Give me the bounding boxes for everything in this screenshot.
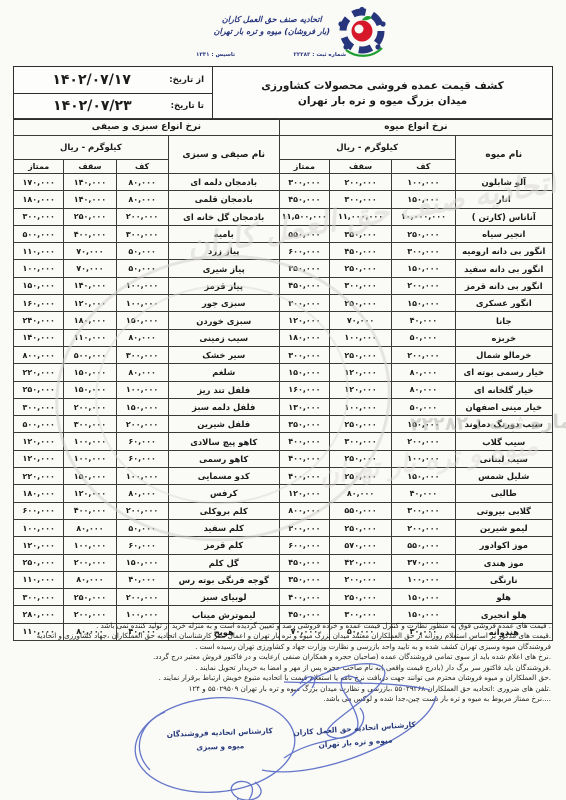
fruit-ceiling-header: سقف	[329, 160, 391, 174]
veg-floor-cell: ۱۵۰,۰۰۰	[116, 312, 168, 329]
fruit-floor-cell: ۲۰۰,۰۰۰	[392, 433, 455, 450]
registration-line: شماره ثبت : ۲۲۲۸۲ تاسیس : ۱۳۳۱	[196, 52, 346, 58]
note-line: . قیمت های عمده فروشی فوق به منظور نظارت…	[15, 621, 551, 631]
veg-ceiling-cell: ۴۰۰,۰۰۰	[64, 225, 116, 242]
veg-floor-cell: ۳۰۰,۰۰۰	[116, 225, 168, 242]
veg-premium-cell: ۱۸۰,۰۰۰	[14, 191, 64, 208]
veg-premium-cell: ۲۲۰,۰۰۰	[14, 364, 64, 381]
fruit-ceiling-cell: ۲۵۰,۰۰۰	[329, 295, 391, 312]
fruit-premium-cell: ۳۰۰,۰۰۰	[279, 174, 329, 191]
table-row: انگور عسکری۱۵۰,۰۰۰۲۵۰,۰۰۰۳۰۰,۰۰۰سبزی جور…	[14, 295, 553, 312]
fruit-name-cell: انگور بی دانه قرمز	[455, 277, 552, 294]
veg-floor-cell: ۲۰۰,۰۰۰	[116, 502, 168, 519]
table-row: نارنگی۱۰۰,۰۰۰۲۰۰,۰۰۰۳۵۰,۰۰۰گوجه فرنگی بو…	[14, 571, 553, 588]
fruit-ceiling-cell: ۸۰,۰۰۰	[329, 485, 391, 502]
fruit-premium-cell: ۱۸۰,۰۰۰	[279, 329, 329, 346]
date-range-box: از تاریخ: ۱۴۰۲/۰۷/۱۷ تا تاریخ: ۱۴۰۲/۰۷/۲…	[14, 67, 212, 119]
veg-floor-cell: ۱۰۰,۰۰۰	[116, 295, 168, 312]
veg-premium-cell: ۵۰۰,۰۰۰	[14, 225, 64, 242]
fruit-floor-cell: ۱۵۰,۰۰۰	[392, 468, 455, 485]
note-line: .حق العملکاران و میوه فروشان محترم می تو…	[15, 673, 551, 683]
fruit-floor-cell: ۲۵۰,۰۰۰	[392, 225, 455, 242]
fruit-floor-cell: ۲۰۰,۰۰۰	[392, 346, 455, 363]
veg-ceiling-cell: ۱۵۰,۰۰۰	[64, 364, 116, 381]
veg-name-cell: فلفل تند ریز	[168, 381, 279, 398]
veg-ceiling-cell: ۷۰,۰۰۰	[64, 260, 116, 277]
veg-floor-cell: ۱۰۰,۰۰۰	[116, 468, 168, 485]
document-title: کشف قیمت عمده فروشی محصولات کشاورزی میدا…	[212, 67, 552, 119]
fruit-ceiling-cell: ۱۲۰,۰۰۰	[329, 381, 391, 398]
fruit-name-cell: نارنگی	[455, 571, 552, 588]
note-line: ....نرخ ممتاز مربوط به میوه و تره بار دس…	[15, 694, 551, 704]
fruit-ceiling-cell: ۱۱,۰۰۰,۰۰۰	[329, 208, 391, 225]
veg-premium-cell: ۳۰۰,۰۰۰	[14, 208, 64, 225]
veg-name-cell: بامیه	[168, 225, 279, 242]
fruit-name-header: نام میوه	[455, 136, 552, 174]
note-line: .تلفن های ضروری :اتحادیه حق العملکاران ۵…	[15, 684, 551, 694]
fruit-floor-cell: ۲۰۰,۰۰۰	[392, 519, 455, 536]
veg-name-cell: شلغم	[168, 364, 279, 381]
fruit-name-cell: خیار رسمی بوته ای	[455, 364, 552, 381]
veg-ceiling-cell: ۱۴۰,۰۰۰	[64, 174, 116, 191]
fruit-floor-cell: ۵۵۰,۰۰۰	[392, 537, 455, 554]
fruit-floor-cell: ۱۵۰,۰۰۰	[392, 191, 455, 208]
veg-ceiling-header: سقف	[64, 160, 116, 174]
veg-name-cell: بادمجان قلمی	[168, 191, 279, 208]
from-date-label: از تاریخ:	[169, 75, 204, 85]
right-signature-label: کارشناس اتحادیه حق العمل کاران میوه و تر…	[289, 718, 421, 755]
table-row: خیار گلخانه ای۸۰,۰۰۰۱۲۰,۰۰۰۱۶۰,۰۰۰فلفل ت…	[14, 381, 553, 398]
table-row: آناناس (کارتن )۱۰,۰۰۰,۰۰۰۱۱,۰۰۰,۰۰۰۱۱,۵۰…	[14, 208, 553, 225]
fruit-premium-cell: ۳۵۰,۰۰۰	[279, 416, 329, 433]
veg-floor-cell: ۴۰,۰۰۰	[116, 571, 168, 588]
veg-name-cell: بادمجان دلمه ای	[168, 174, 279, 191]
fruit-ceiling-cell: ۱۰۰,۰۰۰	[329, 329, 391, 346]
veg-ceiling-cell: ۲۵۰,۰۰۰	[64, 208, 116, 225]
veg-floor-cell: ۳۰۰,۰۰۰	[116, 346, 168, 363]
veg-premium-cell: ۵۰۰,۰۰۰	[14, 416, 64, 433]
veg-name-cell: کرفس	[168, 485, 279, 502]
veg-name-cell: کلم قرمز	[168, 537, 279, 554]
table-row: انار۱۵۰,۰۰۰۳۰۰,۰۰۰۴۵۰,۰۰۰بادمجان قلمی۸۰,…	[14, 191, 553, 208]
fruit-section-title: نرخ انواع میوه	[279, 119, 552, 136]
fruit-floor-cell: ۴۰,۰۰۰	[392, 312, 455, 329]
fruit-premium-cell: ۴۰۰,۰۰۰	[279, 589, 329, 606]
table-row: جانا۴۰,۰۰۰۷۰,۰۰۰۱۲۰,۰۰۰سبزی خوردن۱۵۰,۰۰۰…	[14, 312, 553, 329]
veg-premium-cell: ۱۲۰,۰۰۰	[14, 537, 64, 554]
veg-name-cell: فلفل شیرین	[168, 416, 279, 433]
table-row: خیار مینی اصفهان۵۰,۰۰۰۱۰۰,۰۰۰۱۳۰,۰۰۰فلفل…	[14, 398, 553, 415]
fruit-name-cell: گلابی بیروتی	[455, 502, 552, 519]
fruit-ceiling-cell: ۲۵۰,۰۰۰	[329, 589, 391, 606]
veg-name-cell: سیب زمینی	[168, 329, 279, 346]
veg-name-cell: کلم بروکلی	[168, 502, 279, 519]
table-row: موز هندی۳۷۰,۰۰۰۴۲۰,۰۰۰۴۵۰,۰۰۰گل کلم۱۵۰,۰…	[14, 554, 553, 571]
left-signature-label: کارشناس اتحادیه فروشندگان میوه و سبزی	[160, 724, 281, 756]
veg-floor-cell: ۱۵۰,۰۰۰	[116, 398, 168, 415]
fruit-floor-cell: ۴۰,۰۰۰	[392, 485, 455, 502]
fruit-name-cell: طالبی	[455, 485, 552, 502]
veg-ceiling-cell: ۲۰۰,۰۰۰	[64, 398, 116, 415]
veg-floor-cell: ۸۰,۰۰۰	[116, 174, 168, 191]
veg-ceiling-cell: ۱۵۰,۰۰۰	[64, 468, 116, 485]
veg-floor-cell: ۶۰,۰۰۰	[116, 450, 168, 467]
veg-floor-cell: ۵۰,۰۰۰	[116, 519, 168, 536]
union-name-calligraphy: اتحادیه صنف حق العمل کاران (بار فروشان) …	[214, 6, 330, 38]
fruit-unit-header: کیلوگرم - ریال	[279, 136, 455, 160]
fruit-name-cell: شلیل شمس	[455, 468, 552, 485]
veg-floor-cell: ۲۰۰,۰۰۰	[116, 416, 168, 433]
veg-premium-cell: ۱۶۰,۰۰۰	[14, 295, 64, 312]
table-row: لیمو شیرین۲۰۰,۰۰۰۲۵۰,۰۰۰۳۰۰,۰۰۰کلم سفید۵…	[14, 519, 553, 536]
fruit-name-cell: خیار گلخانه ای	[455, 381, 552, 398]
veg-premium-cell: ۲۵۰,۰۰۰	[14, 554, 64, 571]
veg-section-title: نرخ انواع سبزی و صیفی	[14, 119, 280, 136]
fruit-premium-cell: ۱۱,۵۰۰,۰۰۰	[279, 208, 329, 225]
veg-ceiling-cell: ۱۲۰,۰۰۰	[64, 295, 116, 312]
fruit-ceiling-cell: ۳۰۰,۰۰۰	[329, 433, 391, 450]
price-table-body: آلو شابلون۱۰۰,۰۰۰۲۰۰,۰۰۰۳۰۰,۰۰۰بادمجان د…	[14, 174, 553, 641]
fruit-premium-cell: ۴۵۰,۰۰۰	[279, 191, 329, 208]
fruit-floor-cell: ۱۵۰,۰۰۰	[392, 260, 455, 277]
veg-premium-cell: ۲۵۰,۰۰۰	[14, 381, 64, 398]
veg-name-cell: فلفل دلمه سبز	[168, 398, 279, 415]
table-row: انگور بی دانه قرمز۲۰۰,۰۰۰۳۰۰,۰۰۰۴۵۰,۰۰۰پ…	[14, 277, 553, 294]
fruit-floor-cell: ۳۰۰,۰۰۰	[392, 243, 455, 260]
veg-name-cell: پیاز زرد	[168, 243, 279, 260]
veg-floor-cell: ۶۰,۰۰۰	[116, 537, 168, 554]
to-date-value: ۱۴۰۲/۰۷/۲۳	[22, 98, 163, 114]
veg-premium-cell: ۲۲۰,۰۰۰	[14, 468, 64, 485]
veg-premium-cell: ۳۰۰,۰۰۰	[14, 589, 64, 606]
veg-name-cell: پیاز قرمز	[168, 277, 279, 294]
veg-premium-cell: ۶۰۰,۰۰۰	[14, 502, 64, 519]
veg-premium-cell: ۱۸۰,۰۰۰	[14, 485, 64, 502]
veg-ceiling-cell: ۱۸۰,۰۰۰	[64, 312, 116, 329]
note-line: .فروشندگان باید فاکتور سر برگ دار (بادرج…	[15, 663, 551, 673]
table-row: هلو۱۵۰,۰۰۰۲۵۰,۰۰۰۴۰۰,۰۰۰لوبیای سبز۲۰۰,۰۰…	[14, 589, 553, 606]
document-header: کشف قیمت عمده فروشی محصولات کشاورزی میدا…	[13, 66, 553, 120]
fruit-ceiling-cell: ۳۰۰,۰۰۰	[329, 191, 391, 208]
fruit-ceiling-cell: ۳۵۰,۰۰۰	[329, 225, 391, 242]
fruit-floor-cell: ۸۰,۰۰۰	[392, 364, 455, 381]
fruit-name-cell: آناناس (کارتن )	[455, 208, 552, 225]
veg-ceiling-cell: ۵۰۰,۰۰۰	[64, 346, 116, 363]
table-row: انگور بی دانه سفید۱۵۰,۰۰۰۲۵۰,۰۰۰۳۵۰,۰۰۰پ…	[14, 260, 553, 277]
fruit-name-cell: جانا	[455, 312, 552, 329]
veg-premium-cell: ۱۷۰,۰۰۰	[14, 174, 64, 191]
fruit-name-cell: خرمالو شمال	[455, 346, 552, 363]
fruit-floor-cell: ۱۰۰,۰۰۰	[392, 571, 455, 588]
veg-name-cell: کاهو رسمی	[168, 450, 279, 467]
table-row: موز اکوادور۵۵۰,۰۰۰۵۷۰,۰۰۰۶۰۰,۰۰۰کلم قرمز…	[14, 537, 553, 554]
veg-ceiling-cell: ۸۰,۰۰۰	[64, 519, 116, 536]
veg-name-cell: پیاز شیری	[168, 260, 279, 277]
fruit-ceiling-cell: ۲۵۰,۰۰۰	[329, 346, 391, 363]
fruit-name-cell: آلو شابلون	[455, 174, 552, 191]
note-line: .نرخ های اعلام شده باید از سوی تمامی فرو…	[15, 652, 551, 662]
fruit-name-cell: انگور بی دانه ارومیه	[455, 243, 552, 260]
fruit-name-cell: سیب لبنانی	[455, 450, 552, 467]
fruit-ceiling-cell: ۲۰۰,۰۰۰	[329, 174, 391, 191]
fruit-floor-cell: ۸۰,۰۰۰	[392, 381, 455, 398]
fruit-ceiling-cell: ۷۰,۰۰۰	[329, 312, 391, 329]
table-row: گلابی بیروتی۳۰۰,۰۰۰۵۵۰,۰۰۰۸۰۰,۰۰۰کلم برو…	[14, 502, 553, 519]
veg-floor-cell: ۱۰۰,۰۰۰	[116, 277, 168, 294]
fruit-floor-cell: ۱۰,۰۰۰,۰۰۰	[392, 208, 455, 225]
veg-name-cell: کدو مسمایی	[168, 468, 279, 485]
table-row: آلو شابلون۱۰۰,۰۰۰۲۰۰,۰۰۰۳۰۰,۰۰۰بادمجان د…	[14, 174, 553, 191]
veg-ceiling-cell: ۱۰۰,۰۰۰	[64, 537, 116, 554]
veg-name-cell: سبزی خوردن	[168, 312, 279, 329]
registration-number: شماره ثبت : ۲۲۲۸۲	[294, 52, 346, 58]
veg-name-cell: گل کلم	[168, 554, 279, 571]
fruit-premium-cell: ۴۰۰,۰۰۰	[279, 433, 329, 450]
veg-premium-cell: ۱۰۰,۰۰۰	[14, 260, 64, 277]
fruit-ceiling-cell: ۲۵۰,۰۰۰	[329, 416, 391, 433]
fruit-ceiling-cell: ۲۵۰,۰۰۰	[329, 260, 391, 277]
fruit-ceiling-cell: ۲۵۰,۰۰۰	[329, 450, 391, 467]
veg-premium-cell: ۱۵۰,۰۰۰	[14, 277, 64, 294]
fruit-name-cell: انار	[455, 191, 552, 208]
fruit-premium-header: ممتاز	[279, 160, 329, 174]
veg-ceiling-cell: ۲۵۰,۰۰۰	[64, 589, 116, 606]
veg-premium-cell: ۱۱۰,۰۰۰	[14, 571, 64, 588]
fruit-ceiling-cell: ۳۰۰,۰۰۰	[329, 277, 391, 294]
veg-ceiling-cell: ۴۰۰,۰۰۰	[64, 502, 116, 519]
veg-ceiling-cell: ۲۰۰,۰۰۰	[64, 554, 116, 571]
veg-floor-header: کف	[116, 160, 168, 174]
fruit-premium-cell: ۳۵۰,۰۰۰	[279, 260, 329, 277]
to-date-label: تا تاریخ:	[171, 101, 204, 111]
fruit-premium-cell: ۳۰۰,۰۰۰	[279, 295, 329, 312]
table-row: طالبی۴۰,۰۰۰۸۰,۰۰۰۱۲۰,۰۰۰کرفس۸۰,۰۰۰۱۲۰,۰۰…	[14, 485, 553, 502]
document-page: اتحادیه صنف حق العمل کاران میوه و تره با…	[0, 0, 566, 800]
fruit-premium-cell: ۱۳۰,۰۰۰	[279, 398, 329, 415]
fruit-floor-header: کف	[392, 160, 455, 174]
veg-premium-cell: ۱۲۰,۰۰۰	[14, 450, 64, 467]
veg-ceiling-cell: ۸۰,۰۰۰	[64, 571, 116, 588]
fruit-floor-cell: ۵۰,۰۰۰	[392, 329, 455, 346]
veg-floor-cell: ۵۰,۰۰۰	[116, 260, 168, 277]
footnotes: . قیمت های عمده فروشی فوق به منظور نظارت…	[15, 621, 551, 705]
fruit-name-cell: سیب گلاب	[455, 433, 552, 450]
veg-ceiling-cell: ۱۴۰,۰۰۰	[64, 277, 116, 294]
fruit-floor-cell: ۱۰۰,۰۰۰	[392, 450, 455, 467]
veg-premium-cell: ۱۱۰,۰۰۰	[14, 243, 64, 260]
veg-premium-cell: ۱۰۰,۰۰۰	[14, 519, 64, 536]
fruit-premium-cell: ۴۰۰,۰۰۰	[279, 450, 329, 467]
veg-floor-cell: ۸۰,۰۰۰	[116, 329, 168, 346]
veg-name-cell: لوبیای سبز	[168, 589, 279, 606]
table-row: انجیر سیاه۲۵۰,۰۰۰۳۵۰,۰۰۰۵۵۰,۰۰۰بامیه۳۰۰,…	[14, 225, 553, 242]
fruit-floor-cell: ۱۰۰,۰۰۰	[392, 174, 455, 191]
table-row: خیار رسمی بوته ای۸۰,۰۰۰۱۲۰,۰۰۰۱۵۰,۰۰۰شلغ…	[14, 364, 553, 381]
fruit-premium-cell: ۶۰۰,۰۰۰	[279, 537, 329, 554]
union-name-line2: (بار فروشان) میوه و تره بار تهران	[214, 26, 330, 38]
veg-name-cell: کلم سفید	[168, 519, 279, 536]
veg-premium-cell: ۳۰۰,۰۰۰	[14, 398, 64, 415]
veg-floor-cell: ۵۰,۰۰۰	[116, 243, 168, 260]
veg-floor-cell: ۱۵۰,۰۰۰	[116, 554, 168, 571]
veg-name-cell: سبزی جور	[168, 295, 279, 312]
fruit-name-cell: انگور بی دانه سفید	[455, 260, 552, 277]
veg-ceiling-cell: ۱۵۰,۰۰۰	[64, 381, 116, 398]
table-row: خرمالو شمال۲۰۰,۰۰۰۲۵۰,۰۰۰۳۰۰,۰۰۰سیر خشک۳…	[14, 346, 553, 363]
veg-premium-header: ممتاز	[14, 160, 64, 174]
table-row: انگور بی دانه ارومیه۳۰۰,۰۰۰۴۵۰,۰۰۰۶۰۰,۰۰…	[14, 243, 553, 260]
fruit-premium-cell: ۴۰۰,۰۰۰	[279, 468, 329, 485]
veg-ceiling-cell: ۱۰۰,۰۰۰	[64, 433, 116, 450]
veg-premium-cell: ۱۲۰,۰۰۰	[14, 433, 64, 450]
fruit-premium-cell: ۱۲۰,۰۰۰	[279, 485, 329, 502]
veg-floor-cell: ۲۰۰,۰۰۰	[116, 208, 168, 225]
fruit-premium-cell: ۸۰۰,۰۰۰	[279, 502, 329, 519]
fruit-ceiling-cell: ۲۵۰,۰۰۰	[329, 519, 391, 536]
table-row: سیب لبنانی۱۰۰,۰۰۰۲۵۰,۰۰۰۴۰۰,۰۰۰کاهو رسمی…	[14, 450, 553, 467]
veg-ceiling-cell: ۱۰۰,۰۰۰	[64, 450, 116, 467]
to-date-row: تا تاریخ: ۱۴۰۲/۰۷/۲۳	[14, 93, 212, 120]
fruit-ceiling-cell: ۴۲۰,۰۰۰	[329, 554, 391, 571]
fruit-ceiling-cell: ۵۷۰,۰۰۰	[329, 537, 391, 554]
veg-floor-cell: ۸۰,۰۰۰	[116, 485, 168, 502]
veg-name-cell: کاهو پیچ سالادی	[168, 433, 279, 450]
veg-ceiling-cell: ۳۰۰,۰۰۰	[64, 416, 116, 433]
veg-name-cell: سیر خشک	[168, 346, 279, 363]
fruit-premium-cell: ۱۵۰,۰۰۰	[279, 364, 329, 381]
fruit-floor-cell: ۱۵۰,۰۰۰	[392, 295, 455, 312]
veg-floor-cell: ۸۰,۰۰۰	[116, 364, 168, 381]
fruit-ceiling-cell: ۱۲۰,۰۰۰	[329, 364, 391, 381]
fruit-name-cell: انجیر سیاه	[455, 225, 552, 242]
fruit-floor-cell: ۱۵۰,۰۰۰	[392, 416, 455, 433]
fruit-name-cell: خربزه	[455, 329, 552, 346]
fruit-premium-cell: ۶۰۰,۰۰۰	[279, 243, 329, 260]
fruit-premium-cell: ۳۰۰,۰۰۰	[279, 519, 329, 536]
fruit-floor-cell: ۳۰۰,۰۰۰	[392, 502, 455, 519]
veg-name-cell: بادمجان گل خانه ای	[168, 208, 279, 225]
veg-unit-header: کیلوگرم - ریال	[14, 136, 169, 160]
veg-name-header: نام صیفی و سبزی	[168, 136, 279, 174]
fruit-premium-cell: ۴۵۰,۰۰۰	[279, 277, 329, 294]
fruit-ceiling-cell: ۵۵۰,۰۰۰	[329, 502, 391, 519]
fruit-name-cell: موز اکوادور	[455, 537, 552, 554]
table-row: سیب گلاب۲۰۰,۰۰۰۳۰۰,۰۰۰۴۰۰,۰۰۰کاهو پیچ سا…	[14, 433, 553, 450]
title-line1: کشف قیمت عمده فروشی محصولات کشاورزی	[261, 80, 504, 92]
from-date-value: ۱۴۰۲/۰۷/۱۷	[22, 72, 161, 88]
title-line2: میدان بزرگ میوه و تره بار تهران	[298, 95, 467, 107]
veg-floor-cell: ۱۰۰,۰۰۰	[116, 381, 168, 398]
section-header-row: نرخ انواع میوه نرخ انواع سبزی و صیفی	[14, 119, 553, 136]
veg-premium-cell: ۲۴۰,۰۰۰	[14, 312, 64, 329]
table-row: سیب دورنگ دماوند۱۵۰,۰۰۰۲۵۰,۰۰۰۳۵۰,۰۰۰فلف…	[14, 416, 553, 433]
veg-premium-cell: ۱۴۰,۰۰۰	[14, 329, 64, 346]
table-row: شلیل شمس۱۵۰,۰۰۰۲۵۰,۰۰۰۴۰۰,۰۰۰کدو مسمایی۱…	[14, 468, 553, 485]
fruit-floor-cell: ۱۵۰,۰۰۰	[392, 589, 455, 606]
fruit-ceiling-cell: ۴۵۰,۰۰۰	[329, 243, 391, 260]
union-name-line1: اتحادیه صنف حق العمل کاران	[214, 14, 330, 26]
fruit-name-cell: سیب دورنگ دماوند	[455, 416, 552, 433]
fruit-floor-cell: ۲۰۰,۰۰۰	[392, 277, 455, 294]
fruit-premium-cell: ۴۵۰,۰۰۰	[279, 554, 329, 571]
veg-name-cell: گوجه فرنگی بوته رس	[168, 571, 279, 588]
unit-header-row: نام میوه کیلوگرم - ریال نام صیفی و سبزی …	[14, 136, 553, 160]
fruit-premium-cell: ۳۰۰,۰۰۰	[279, 346, 329, 363]
fruit-ceiling-cell: ۲۵۰,۰۰۰	[329, 468, 391, 485]
fruit-premium-cell: ۱۶۰,۰۰۰	[279, 381, 329, 398]
fruit-floor-cell: ۵۰,۰۰۰	[392, 398, 455, 415]
veg-ceiling-cell: ۷۰,۰۰۰	[64, 243, 116, 260]
price-table: نرخ انواع میوه نرخ انواع سبزی و صیفی نام…	[13, 118, 553, 641]
fruit-name-cell: انگور عسکری	[455, 295, 552, 312]
veg-floor-cell: ۶۰,۰۰۰	[116, 433, 168, 450]
veg-premium-cell: ۸۰۰,۰۰۰	[14, 346, 64, 363]
fruit-name-cell: خیار مینی اصفهان	[455, 398, 552, 415]
note-line: .قیمت های مذکور بر اساس استعلام روزانه ا…	[15, 631, 551, 652]
veg-floor-cell: ۲۰۰,۰۰۰	[116, 589, 168, 606]
fruit-premium-cell: ۵۵۰,۰۰۰	[279, 225, 329, 242]
veg-floor-cell: ۸۰,۰۰۰	[116, 191, 168, 208]
fruit-name-cell: هلو	[455, 589, 552, 606]
veg-ceiling-cell: ۱۲۰,۰۰۰	[64, 485, 116, 502]
establishment-year: تاسیس : ۱۳۳۱	[196, 52, 235, 58]
fruit-premium-cell: ۳۵۰,۰۰۰	[279, 571, 329, 588]
fruit-ceiling-cell: ۱۰۰,۰۰۰	[329, 398, 391, 415]
fruit-ceiling-cell: ۲۰۰,۰۰۰	[329, 571, 391, 588]
veg-ceiling-cell: ۱۱۰,۰۰۰	[64, 329, 116, 346]
fruit-name-cell: موز هندی	[455, 554, 552, 571]
fruit-name-cell: لیمو شیرین	[455, 519, 552, 536]
veg-ceiling-cell: ۱۴۰,۰۰۰	[64, 191, 116, 208]
fruit-floor-cell: ۳۷۰,۰۰۰	[392, 554, 455, 571]
fruit-premium-cell: ۱۲۰,۰۰۰	[279, 312, 329, 329]
from-date-row: از تاریخ: ۱۴۰۲/۰۷/۱۷	[14, 67, 212, 93]
table-row: خربزه۵۰,۰۰۰۱۰۰,۰۰۰۱۸۰,۰۰۰سیب زمینی۸۰,۰۰۰…	[14, 329, 553, 346]
